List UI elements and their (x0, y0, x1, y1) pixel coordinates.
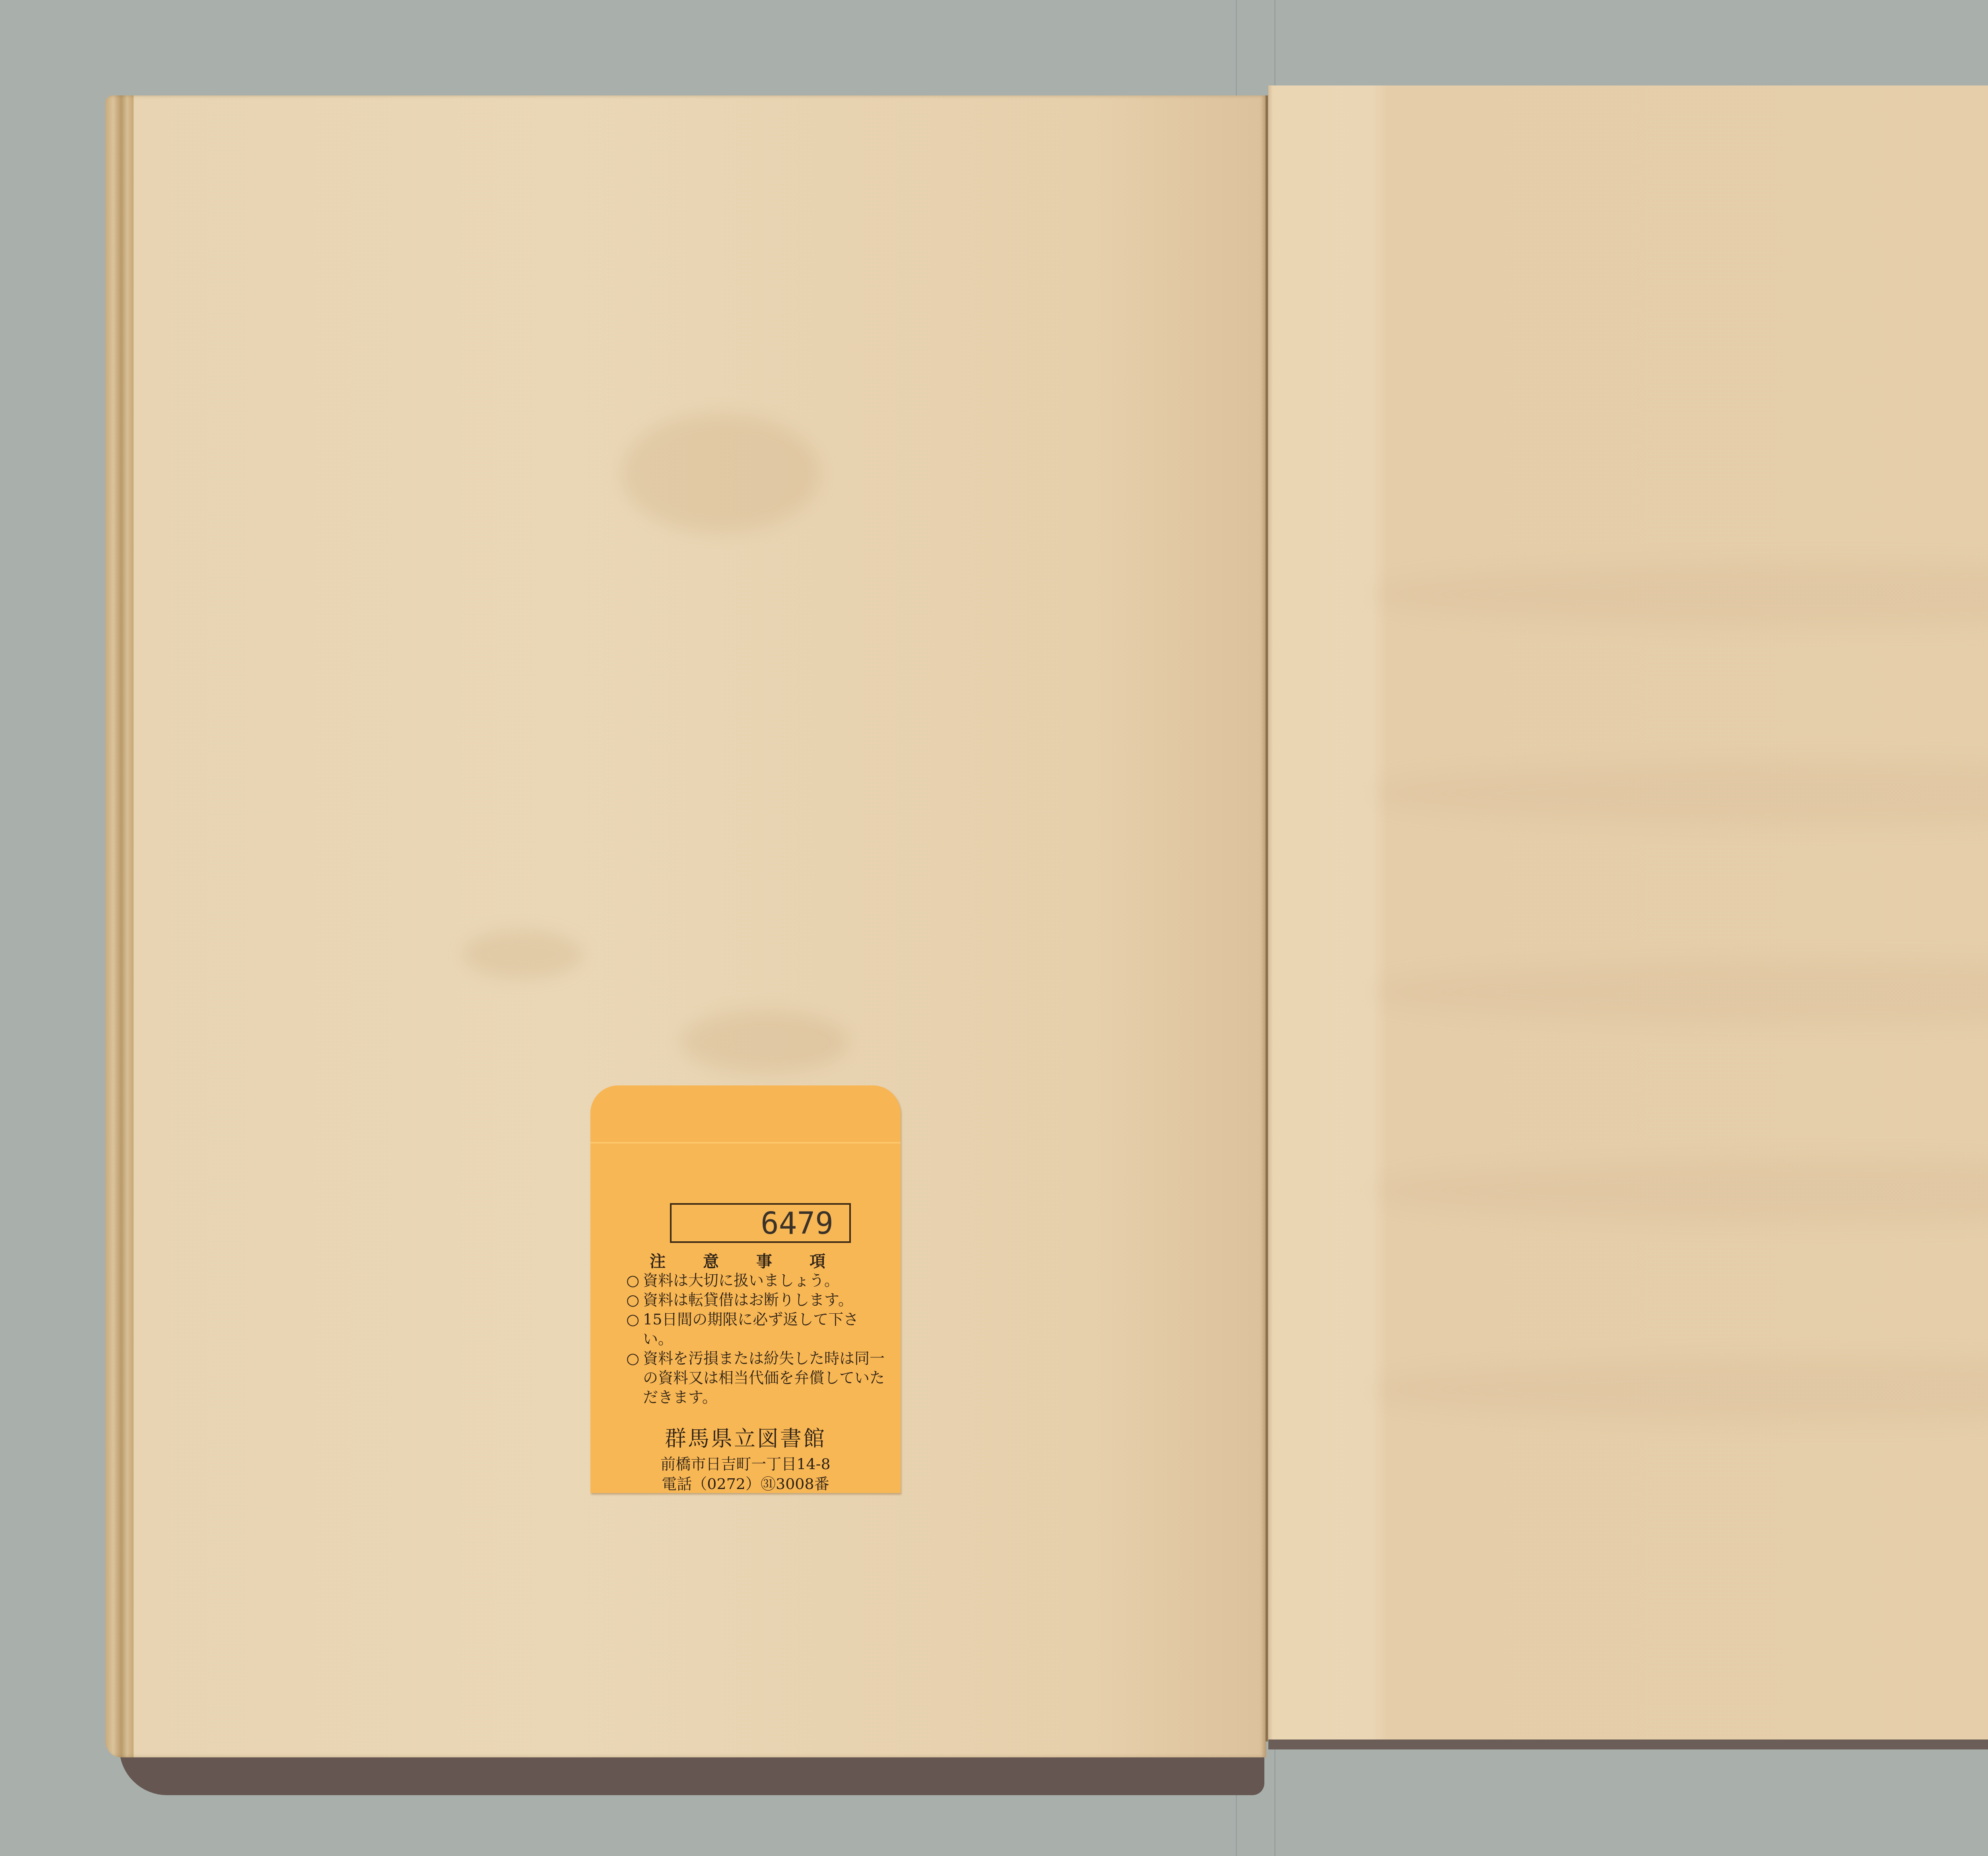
left-page (105, 95, 1266, 1757)
paper-stain (622, 414, 821, 533)
book-gutter (1266, 95, 1268, 1741)
library-address: 前橋市日吉町一丁目14-8 (590, 1452, 901, 1474)
circle-bullet-icon: ○ (626, 1290, 643, 1310)
circle-bullet-icon: ○ (626, 1271, 643, 1290)
paper-ripple (1372, 1159, 1988, 1223)
pocket-front: 6479 注 意 事 項 ○ 資料は大切に扱いましょう。 ○ 資料は転貸借はお断… (590, 1143, 901, 1493)
call-number: 6479 (761, 1206, 833, 1241)
library-name: 群馬県立図書館 (590, 1422, 901, 1452)
notice-item: ○ 資料は転貸借はお断りします。 (626, 1290, 889, 1310)
cover-shadow-right (1268, 1738, 1988, 1749)
notice-item: ○ 資料を汚損または紛失した時は同一の資料又は相当代価を弁償していただきます。 (626, 1349, 889, 1407)
paper-stain (682, 1010, 849, 1074)
circle-bullet-icon: ○ (626, 1349, 643, 1407)
library-phone: 電話（0272）㉛3008番 (590, 1472, 901, 1493)
right-page (1268, 85, 1988, 1740)
notice-list: ○ 資料は大切に扱いましょう。 ○ 資料は転貸借はお断りします。 ○ 15日間の… (626, 1271, 889, 1407)
paper-ripple (1372, 960, 1988, 1024)
call-number-box: 6479 (670, 1203, 851, 1243)
notice-item: ○ 15日間の期限に必ず返して下さい。 (626, 1310, 889, 1349)
circle-bullet-icon: ○ (626, 1310, 643, 1349)
notice-item: ○ 資料は大切に扱いましょう。 (626, 1271, 889, 1290)
paper-stain (463, 930, 582, 978)
paper-ripple (1372, 1358, 1988, 1421)
paper-ripple (1372, 761, 1988, 825)
library-card-pocket[interactable]: 6479 注 意 事 項 ○ 資料は大切に扱いましょう。 ○ 資料は転貸借はお断… (590, 1085, 901, 1493)
notice-title: 注 意 事 項 (590, 1249, 901, 1272)
paper-ripple (1372, 563, 1988, 626)
pocket-fold (590, 1142, 901, 1143)
